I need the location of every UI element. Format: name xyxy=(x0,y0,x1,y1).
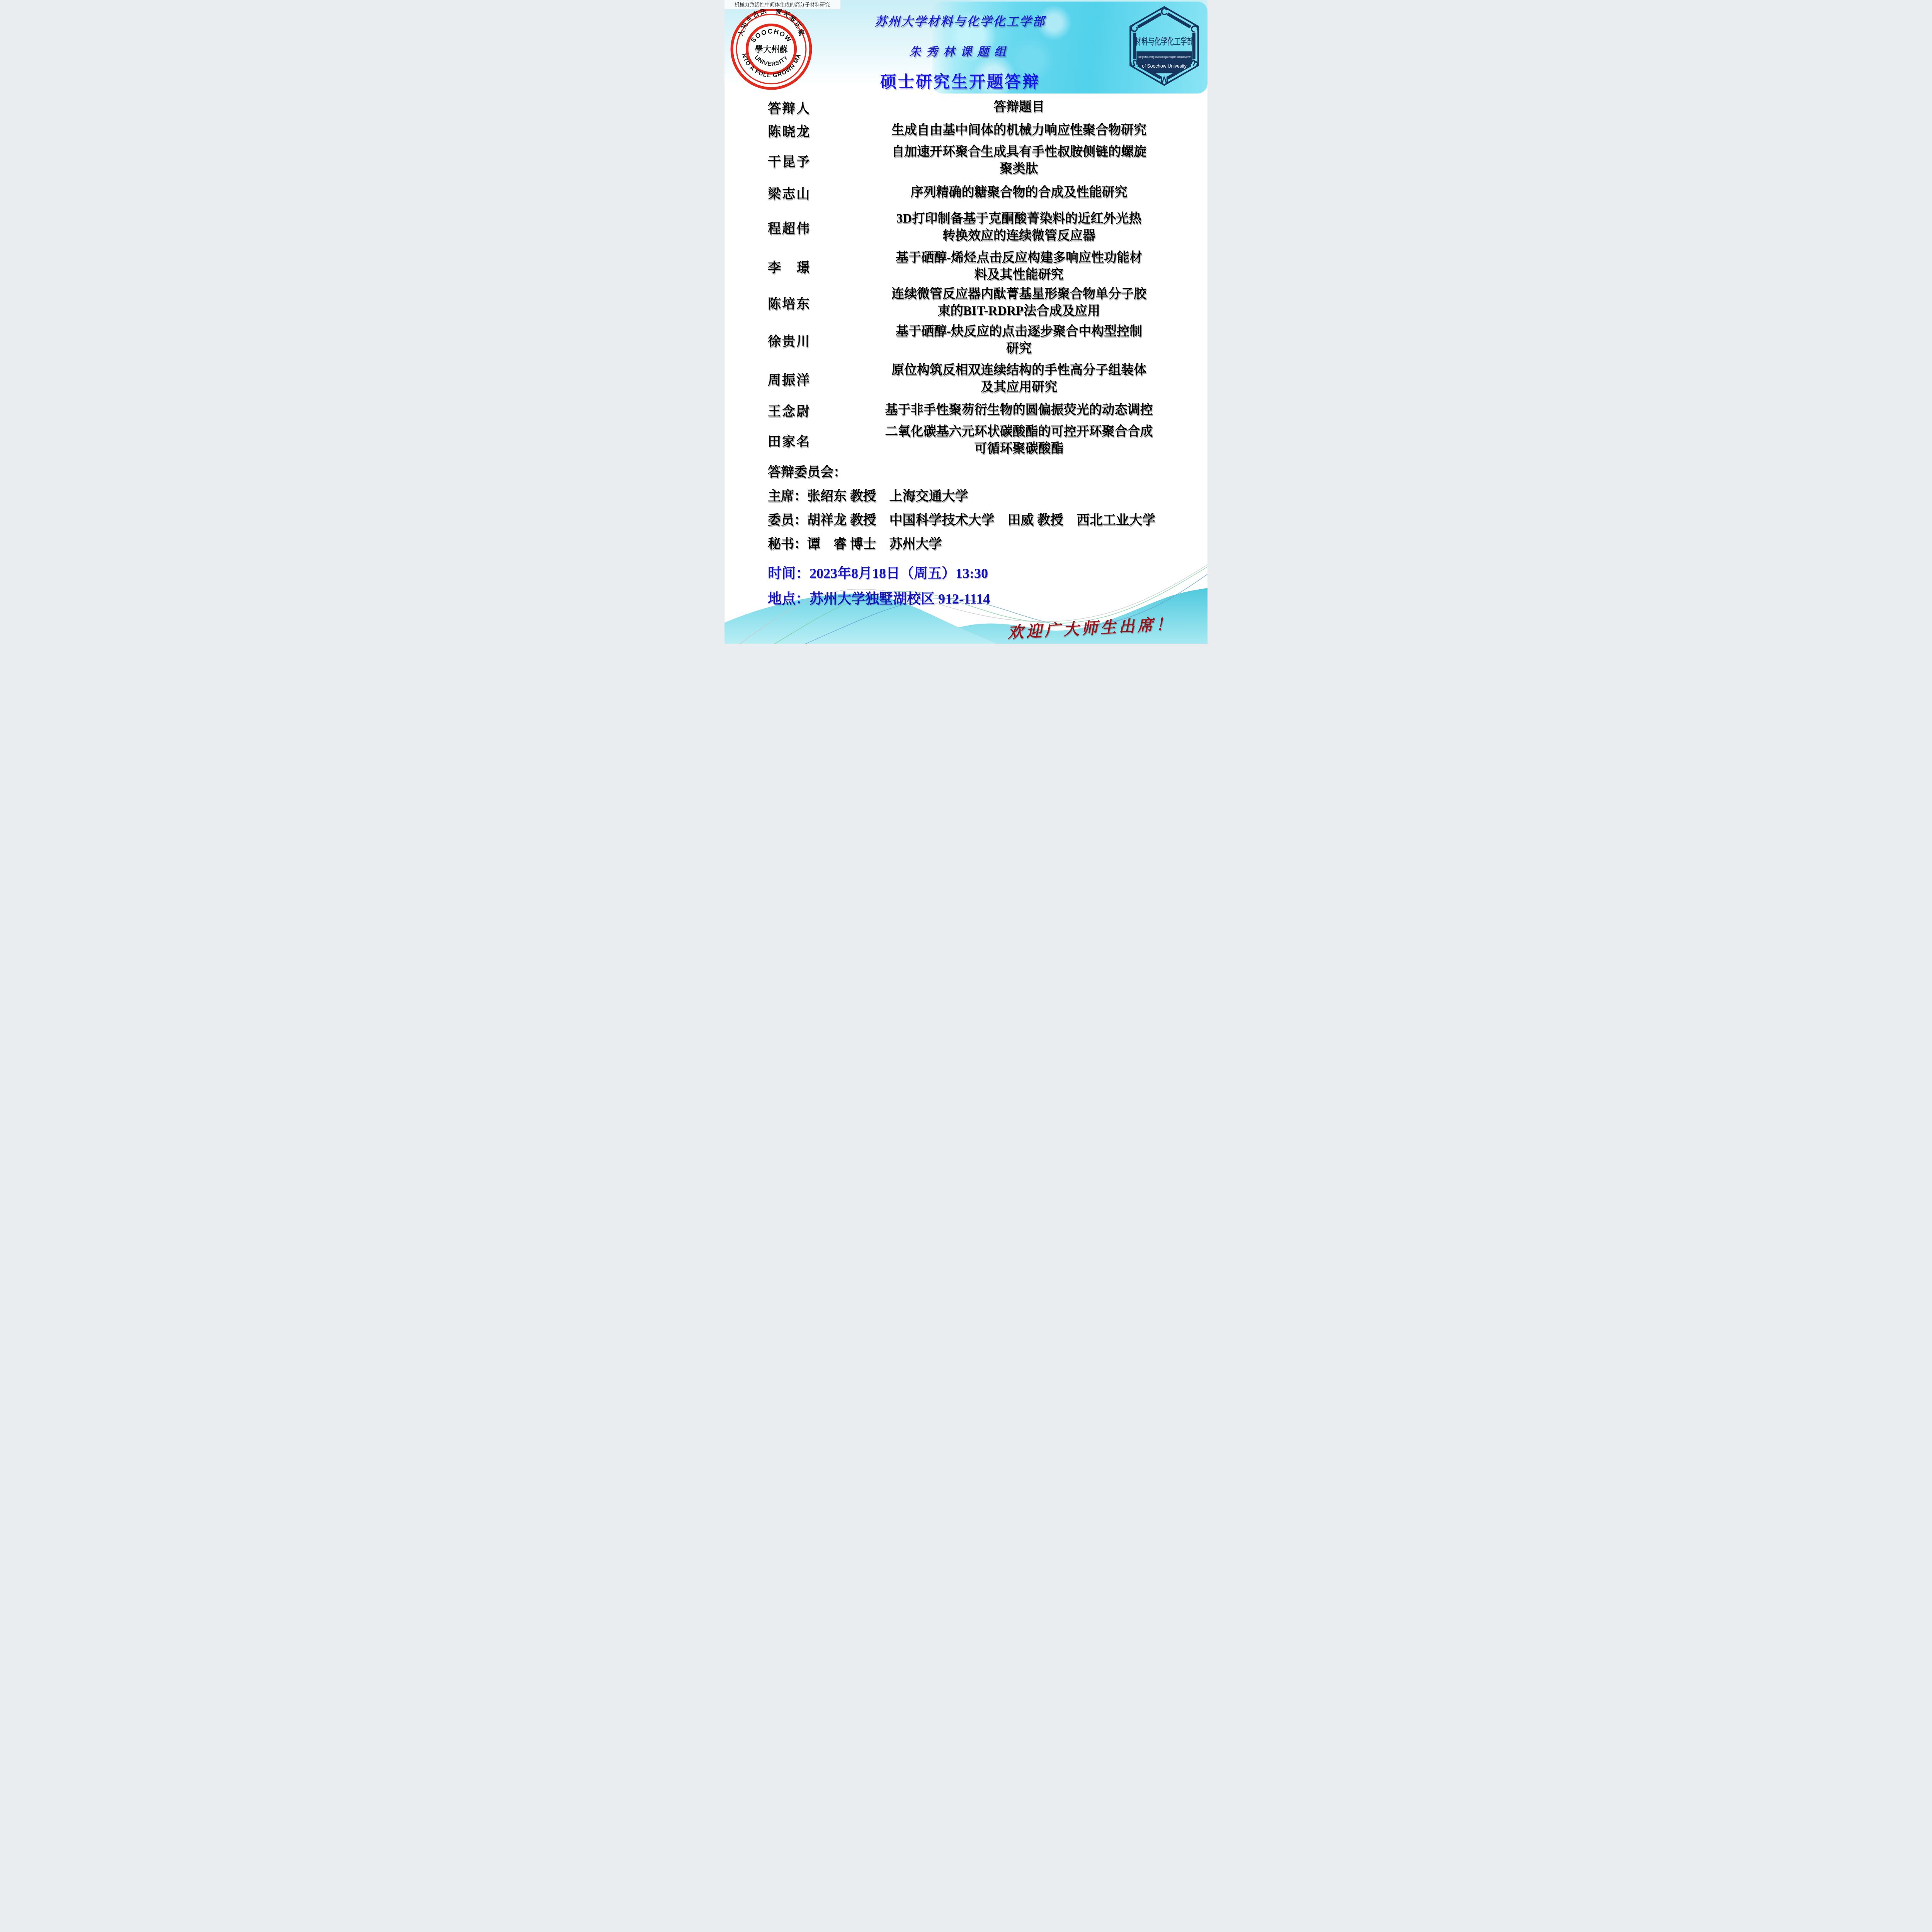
note-overlay: 机械力致活性中间体生成的高分子材料研究 xyxy=(724,0,840,9)
table-row: 陈培东 连续微管反应器内酞菁基星形聚合物单分子胶 束的BIT-RDRP法合成及应… xyxy=(724,284,1207,321)
column-header-presenter: 答辩人 xyxy=(768,98,849,117)
table-row: 李 璟 基于硒醇-烯烃点击反应构建多响应性功能材 料及其性能研究 xyxy=(724,248,1207,284)
role-label: 主席： xyxy=(768,489,807,503)
university-seal-graphic: 人完今古法 養天地正氣 UNTO A FULL GROWN MAN SOOCHO… xyxy=(730,8,813,90)
presenter-name: 陈培东 xyxy=(768,293,849,312)
presenter-name: 陈晓龙 xyxy=(768,121,849,140)
venue-line: 地点：苏州大学独墅湖校区 912-1114 xyxy=(768,590,1189,608)
topic-text: 序列精确的糖聚合物的合成及性能研究 xyxy=(849,184,1189,201)
title-line-2: 朱秀林课题组 xyxy=(829,42,1092,59)
time-label: 时间： xyxy=(768,566,810,581)
table-row: 田家名 二氧化碳基六元环状碳酸酯的可控开环聚合合成 可循环聚碳酸酯 xyxy=(724,422,1207,458)
topic-text: 连续微管反应器内酞菁基星形聚合物单分子胶 束的BIT-RDRP法合成及应用 xyxy=(849,286,1189,320)
college-logo: C C C E M S 材料与化学化工学部 College of Chemist… xyxy=(1123,2,1205,92)
topic-text: 基于硒醇-炔反应的点击逐步聚合中构型控制 研究 xyxy=(849,323,1189,357)
topic-text: 3D打印制备基于克酮酸菁染料的近红外光热 转换效应的连续微管反应器 xyxy=(849,210,1189,244)
svg-text:C: C xyxy=(1161,6,1168,17)
table-row: 程超伟 3D打印制备基于克酮酸菁染料的近红外光热 转换效应的连续微管反应器 xyxy=(724,206,1207,248)
presenter-name: 周振洋 xyxy=(768,369,849,388)
venue-label: 地点： xyxy=(768,591,810,607)
role-text: 谭 睿 博士 苏州大学 xyxy=(807,537,942,551)
time-line: 时间：2023年8月18日（周五）13:30 xyxy=(768,564,1189,583)
committee-line-secretary: 秘书：谭 睿 博士 苏州大学 xyxy=(768,536,1189,553)
college-logo-graphic: C C C E M S 材料与化学化工学部 College of Chemist… xyxy=(1123,2,1205,92)
presenter-name: 李 璟 xyxy=(768,257,849,276)
role-label: 委员： xyxy=(768,513,807,527)
university-seal: 人完今古法 養天地正氣 UNTO A FULL GROWN MAN SOOCHO… xyxy=(730,8,813,90)
seal-center-chinese: 學大州蘇 xyxy=(755,44,788,54)
presenter-name: 梁志山 xyxy=(768,183,849,202)
topic-text: 自加速开环聚合生成具有手性叔胺侧链的螺旋 聚类肽 xyxy=(849,143,1189,177)
topic-text: 生成自由基中间体的机械力响应性聚合物研究 xyxy=(849,122,1189,139)
role-text: 胡祥龙 教授 中国科学技术大学 田威 教授 西北工业大学 xyxy=(807,513,1155,527)
main-content: 答辩人 答辩题目 陈晓龙 生成自由基中间体的机械力响应性聚合物研究 干昆予 自加… xyxy=(724,96,1207,608)
role-text: 张绍东 教授 上海交通大学 xyxy=(807,489,968,503)
table-row: 干昆予 自加速开环聚合生成具有手性叔胺侧链的螺旋 聚类肽 xyxy=(724,142,1207,179)
title-line-1: 苏州大学材料与化学化工学部 xyxy=(829,12,1092,29)
roster-table: 答辩人 答辩题目 陈晓龙 生成自由基中间体的机械力响应性聚合物研究 干昆予 自加… xyxy=(724,96,1207,458)
committee-heading: 答辩委员会： xyxy=(768,464,1189,481)
table-row: 王念尉 基于非手性聚芴衍生物的圆偏振荧光的动态调控 xyxy=(724,398,1207,422)
presenter-name: 王念尉 xyxy=(768,401,849,420)
table-row: 陈晓龙 生成自由基中间体的机械力响应性聚合物研究 xyxy=(724,118,1207,142)
roster-header-row: 答辩人 答辩题目 xyxy=(724,96,1207,118)
column-header-topic: 答辩题目 xyxy=(849,99,1189,116)
presenter-name: 干昆予 xyxy=(768,151,849,170)
topic-text: 二氧化碳基六元环状碳酸酯的可控开环聚合合成 可循环聚碳酸酯 xyxy=(849,423,1189,457)
presenter-name: 徐贵川 xyxy=(768,331,849,350)
committee-line-members: 委员：胡祥龙 教授 中国科学技术大学 田威 教授 西北工业大学 xyxy=(768,512,1189,529)
committee-line-chair: 主席：张绍东 教授 上海交通大学 xyxy=(768,488,1189,505)
table-row: 徐贵川 基于硒醇-炔反应的点击逐步聚合中构型控制 研究 xyxy=(724,321,1207,359)
table-row: 梁志山 序列精确的糖聚合物的合成及性能研究 xyxy=(724,179,1207,206)
header: 人完今古法 養天地正氣 UNTO A FULL GROWN MAN SOOCHO… xyxy=(724,0,1207,96)
presenter-name: 程超伟 xyxy=(768,218,849,237)
role-label: 秘书： xyxy=(768,537,807,551)
schedule-section: 时间：2023年8月18日（周五）13:30 地点：苏州大学独墅湖校区 912-… xyxy=(768,564,1189,608)
presenter-name: 田家名 xyxy=(768,431,849,450)
title-line-3: 硕士研究生开题答辩 xyxy=(829,69,1092,92)
topic-text: 基于硒醇-烯烃点击反应构建多响应性功能材 料及其性能研究 xyxy=(849,249,1189,283)
table-row: 周振洋 原位构筑反相双连续结构的手性高分子组装体 及其应用研究 xyxy=(724,359,1207,398)
committee-section: 答辩委员会： 主席：张绍东 教授 上海交通大学 委员：胡祥龙 教授 中国科学技术… xyxy=(768,464,1189,553)
topic-text: 原位构筑反相双连续结构的手性高分子组装体 及其应用研究 xyxy=(849,362,1189,396)
college-seal-script-text: 材料与化学化工学部 xyxy=(1135,36,1194,46)
time-value: 2023年8月18日（周五）13:30 xyxy=(810,566,988,581)
college-banner-line1: College of Chemistry, Chemical Engineeri… xyxy=(1138,55,1190,59)
topic-text: 基于非手性聚芴衍生物的圆偏振荧光的动态调控 xyxy=(849,401,1189,418)
poster-page: 人完今古法 養天地正氣 UNTO A FULL GROWN MAN SOOCHO… xyxy=(724,0,1207,644)
venue-value: 苏州大学独墅湖校区 912-1114 xyxy=(810,591,990,607)
header-titles: 苏州大学材料与化学化工学部 朱秀林课题组 硕士研究生开题答辩 xyxy=(829,0,1092,92)
college-banner-line2: of Soochow Univesity xyxy=(1142,63,1187,69)
svg-text:M: M xyxy=(1160,74,1168,86)
